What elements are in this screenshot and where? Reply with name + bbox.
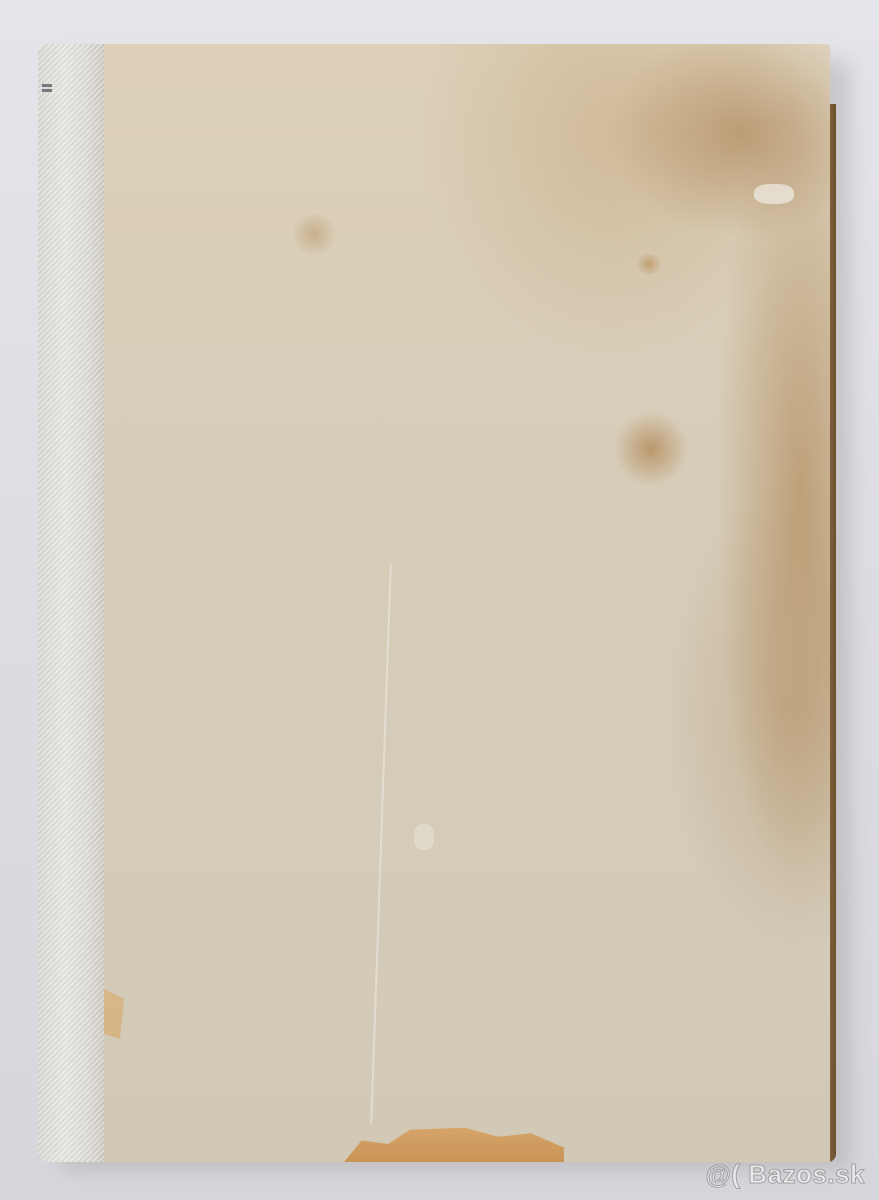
book xyxy=(38,44,836,1162)
cover-scuff xyxy=(754,184,794,204)
cover-scuff xyxy=(414,824,434,850)
book-cover xyxy=(104,44,830,1162)
spine-mark xyxy=(42,84,52,87)
cover-stain xyxy=(289,214,339,254)
cover-stain xyxy=(616,409,686,489)
cover-stain xyxy=(634,254,664,274)
watermark: @( Bazos.sk xyxy=(706,1159,865,1190)
photo-scene: @( Bazos.sk xyxy=(0,0,879,1200)
cover-tear xyxy=(344,1126,564,1162)
cover-crease xyxy=(370,564,392,1124)
book-spine xyxy=(38,44,105,1162)
